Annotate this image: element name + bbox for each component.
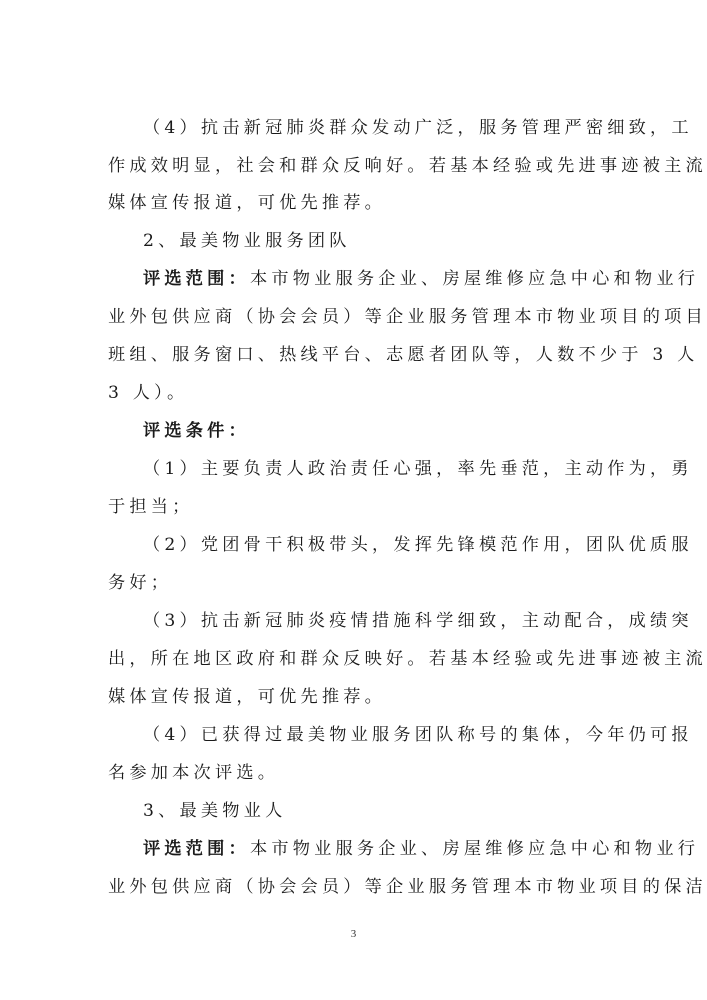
paragraph-line: 班组、服务窗口、热线平台、志愿者团队等，人数不少于 3 人（含 xyxy=(108,343,604,367)
paragraph-line: 名参加本次评选。 xyxy=(108,761,604,785)
field-label: 评选范围： xyxy=(143,269,250,289)
paragraph-line: 3 人）。 xyxy=(108,381,604,405)
paragraph-line: 评选范围：本市物业服务企业、房屋维修应急中心和物业行 xyxy=(143,267,639,291)
field-label: 评选范围： xyxy=(143,839,250,859)
paragraph-line: 媒体宣传报道，可优先推荐。 xyxy=(108,685,604,709)
field-text: 本市物业服务企业、房屋维修应急中心和物业行 xyxy=(250,269,699,289)
paragraph-line: （3）抗击新冠肺炎疫情措施科学细致，主动配合，成绩突 xyxy=(143,609,639,633)
paragraph-line: （4）已获得过最美物业服务团队称号的集体，今年仍可报 xyxy=(143,723,639,747)
paragraph-line: 于担当； xyxy=(108,495,604,519)
paragraph-line: 评选范围：本市物业服务企业、房屋维修应急中心和物业行 xyxy=(143,837,639,861)
paragraph-line: （2）党团骨干积极带头，发挥先锋模范作用，团队优质服 xyxy=(143,533,639,557)
paragraph-line: 出，所在地区政府和群众反映好。若基本经验或先进事迹被主流 xyxy=(108,647,604,671)
document-page: （4）抗击新冠肺炎群众发动广泛，服务管理严密细致，工 作成效明显，社会和群众反响… xyxy=(0,0,707,1000)
paragraph-line: （4）抗击新冠肺炎群众发动广泛，服务管理严密细致，工 xyxy=(143,116,639,140)
paragraph-line: 媒体宣传报道，可优先推荐。 xyxy=(108,191,604,215)
paragraph-line: 业外包供应商（协会会员）等企业服务管理本市物业项目的项目 xyxy=(108,305,604,329)
section-heading: 3、最美物业人 xyxy=(143,799,639,823)
field-label: 评选条件： xyxy=(143,419,639,443)
paragraph-line: 业外包供应商（协会会员）等企业服务管理本市物业项目的保洁 xyxy=(108,875,604,899)
page-number: 3 xyxy=(0,928,707,940)
paragraph-line: （1）主要负责人政治责任心强，率先垂范，主动作为，勇 xyxy=(143,457,639,481)
paragraph-line: 作成效明显，社会和群众反响好。若基本经验或先进事迹被主流 xyxy=(108,154,604,178)
field-text: 本市物业服务企业、房屋维修应急中心和物业行 xyxy=(250,839,699,859)
paragraph-line: 务好； xyxy=(108,571,604,595)
section-heading: 2、最美物业服务团队 xyxy=(143,229,639,253)
